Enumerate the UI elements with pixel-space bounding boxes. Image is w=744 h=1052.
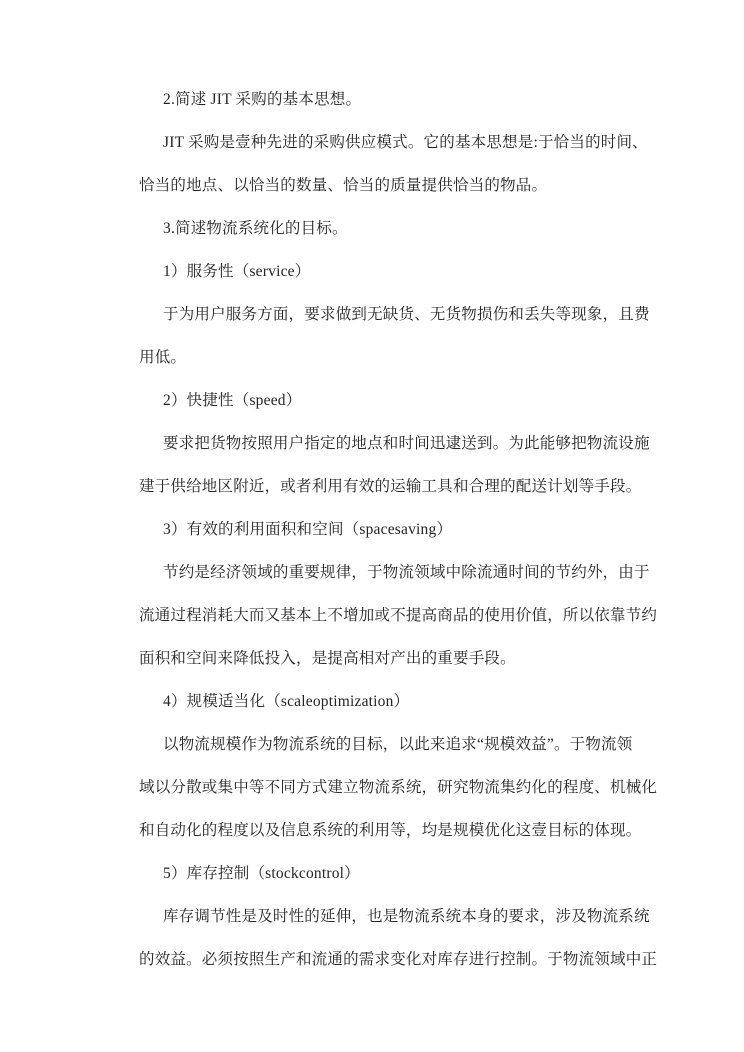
- text-line: 用低。: [139, 336, 659, 379]
- text-line: 恰当的地点、以恰当的数量、恰当的质量提供恰当的物品。: [139, 164, 659, 207]
- text-line: 建于供给地区附近，或者利用有效的运输工具和合理的配送计划等手段。: [139, 465, 659, 508]
- document-page: 2.简逑 JIT 采购的基本思想。 JIT 采购是壹种先进的采购供应模式。它的基…: [0, 0, 744, 1052]
- text-line: 1）服务性（service）: [139, 250, 659, 293]
- text-line: 4）规模适当化（scaleoptimization）: [139, 680, 659, 723]
- text-line: 以物流规模作为物流系统的目标，以此来追求“规模效益”。于物流领: [139, 723, 659, 766]
- text-line: 流通过程消耗大而又基本上不增加或不提高商品的使用价值，所以依靠节约: [139, 594, 659, 637]
- text-line: 要求把货物按照用户指定的地点和时间迅逮送到。为此能够把物流设施: [139, 422, 659, 465]
- text-line: 3.简逑物流系统化的目标。: [139, 207, 659, 250]
- text-line: 库存调节性是及时性的延伸，也是物流系统本身的要求，涉及物流系统: [139, 895, 659, 938]
- text-line: 2.简逑 JIT 采购的基本思想。: [139, 78, 659, 121]
- text-line: 于为用户服务方面，要求做到无缺货、无货物损伤和丢失等现象，且费: [139, 293, 659, 336]
- text-line: 3）有效的利用面积和空间（spacesaving）: [139, 508, 659, 551]
- text-line: 2）快捷性（speed）: [139, 379, 659, 422]
- text-line: 域以分散或集中等不同方式建立物流系统，研究物流集约化的程度、机械化: [139, 766, 659, 809]
- text-line: 节约是经济领域的重要规律，于物流领域中除流通时间的节约外，由于: [139, 551, 659, 594]
- text-line: JIT 采购是壹种先进的采购供应模式。它的基本思想是:于恰当的时间、: [139, 121, 659, 164]
- document-text-block: 2.简逑 JIT 采购的基本思想。 JIT 采购是壹种先进的采购供应模式。它的基…: [139, 78, 659, 981]
- text-line: 的效益。必须按照生产和流通的需求变化对库存进行控制。于物流领域中正: [139, 938, 659, 981]
- text-line: 5）库存控制（stockcontrol）: [139, 852, 659, 895]
- text-line: 和自动化的程度以及信息系统的利用等，均是规模优化这壹目标的体现。: [139, 809, 659, 852]
- text-line: 面积和空间来降低投入，是提高相对产出的重要手段。: [139, 637, 659, 680]
